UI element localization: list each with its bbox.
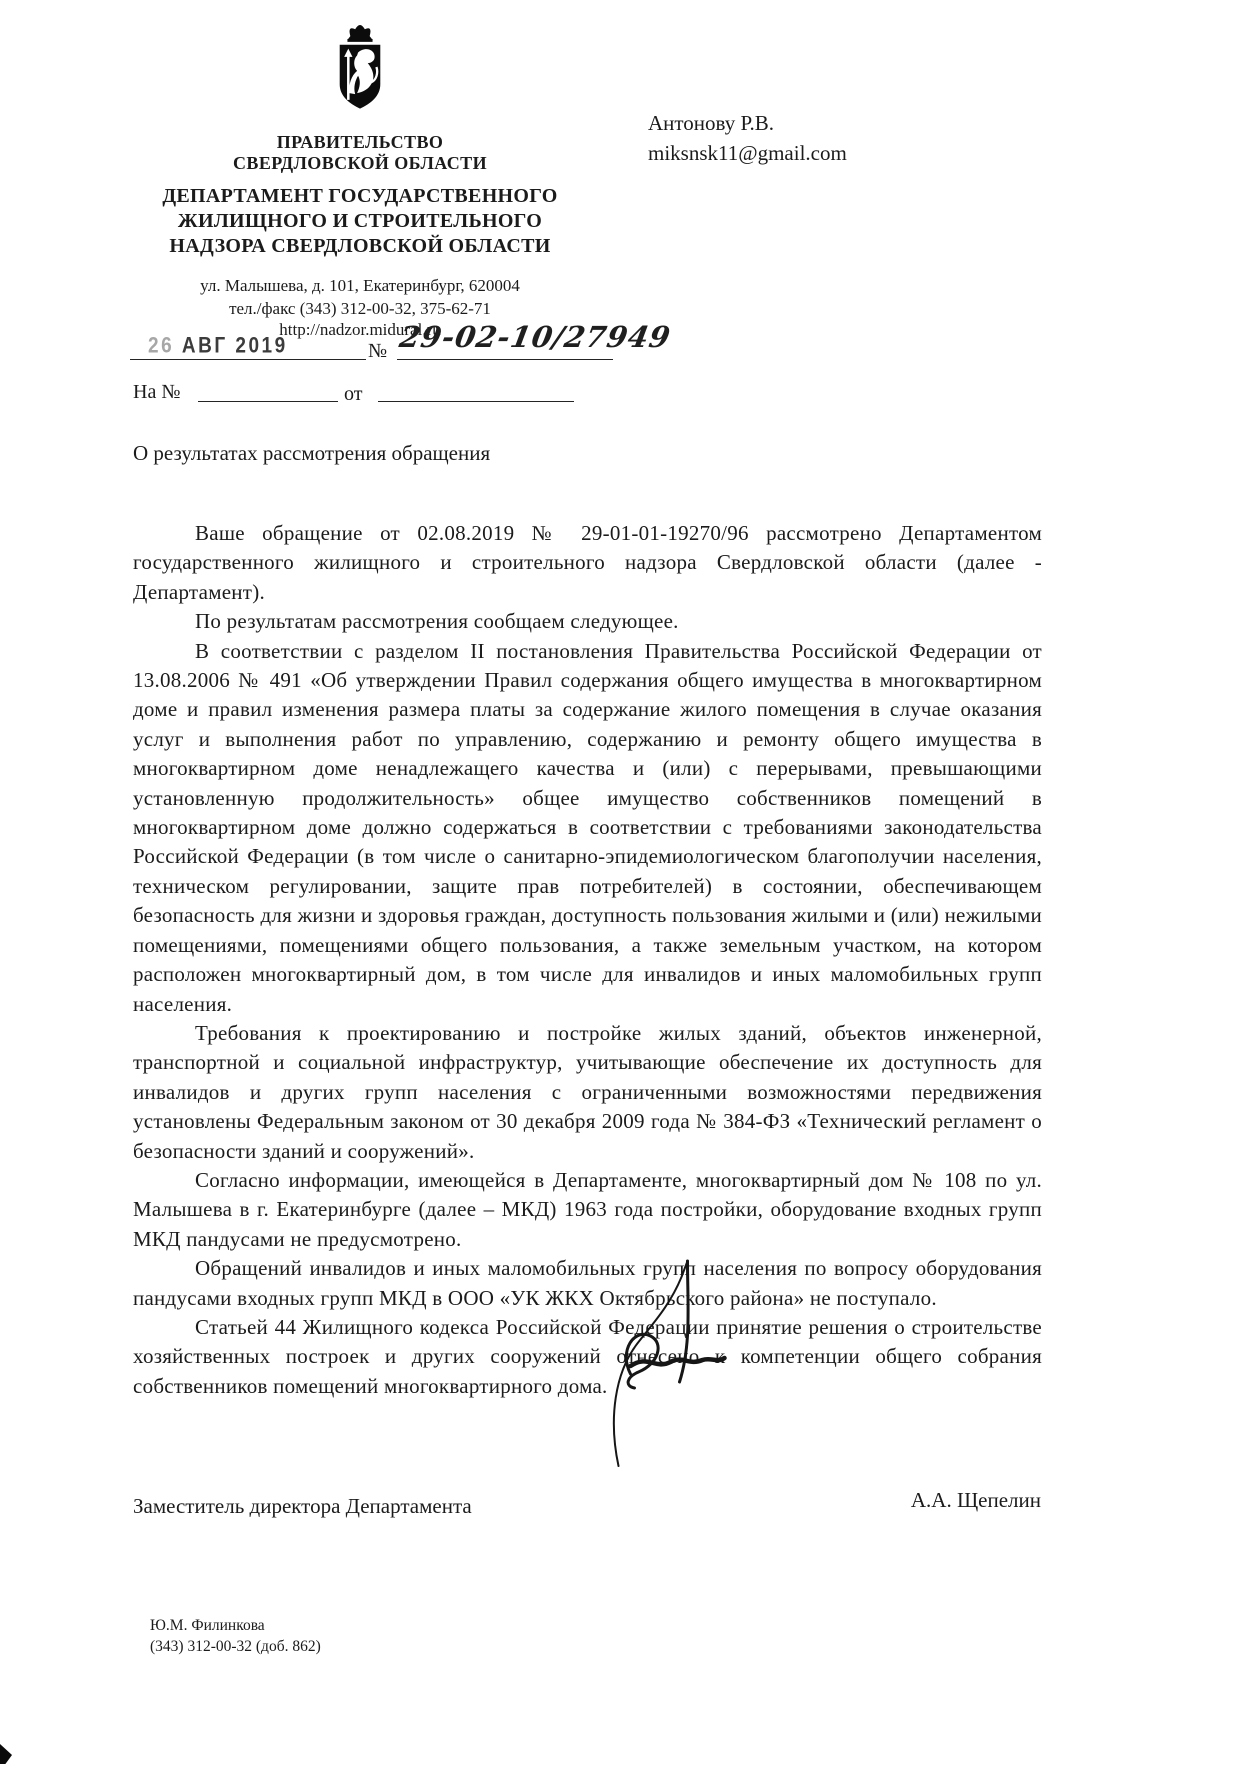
signatory-name: А.А. Щепелин: [641, 1488, 1041, 1513]
reply-number-label: На №: [133, 381, 180, 404]
body-paragraph: Согласно информации, имеющейся в Департа…: [133, 1166, 1042, 1254]
body-paragraph: В соответствии с разделом II постановлен…: [133, 637, 1042, 1019]
reply-from-label: от: [344, 383, 362, 406]
signatory-position: Заместитель директора Департамента: [133, 1494, 472, 1519]
department-name: ДЕПАРТАМЕНТ ГОСУДАРСТВЕННОГО ЖИЛИЩНОГО И…: [110, 184, 610, 259]
department-name-line2: ЖИЛИЩНОГО И СТРОИТЕЛЬНОГО: [110, 209, 610, 234]
signature-icon: [588, 1256, 753, 1468]
body-paragraph: Требования к проектированию и постройке …: [133, 1019, 1042, 1166]
registration-date-day: 26: [148, 334, 174, 358]
department-name-line1: ДЕПАРТАМЕНТ ГОСУДАРСТВЕННОГО: [110, 184, 610, 209]
department-name-line3: НАДЗОРА СВЕРДЛОВСКОЙ ОБЛАСТИ: [110, 234, 610, 259]
outgoing-number-handwritten: 29-02-10/27949: [397, 320, 674, 354]
blank-line-reply-number: [198, 381, 338, 402]
coat-of-arms-icon: [331, 20, 389, 114]
registration-date-rest: АВГ 2019: [174, 334, 288, 358]
document-page: ПРАВИТЕЛЬСТВО СВЕРДЛОВСКОЙ ОБЛАСТИ ДЕПАР…: [0, 0, 1241, 1787]
addressee-name: Антонову Р.В.: [648, 108, 847, 138]
addressee-block: Антонову Р.В. miksnsk11@gmail.com: [648, 108, 847, 168]
org-contacts: ул. Малышева, д. 101, Екатеринбург, 6200…: [110, 274, 610, 320]
executor-block: Ю.М. Филинкова (343) 312-00-32 (доб. 862…: [150, 1615, 321, 1657]
org-phone: тел./факс (343) 312-00-32, 375-62-71: [110, 297, 610, 320]
government-name-line1: ПРАВИТЕЛЬСТВО: [110, 132, 610, 153]
government-name-line2: СВЕРДЛОВСКОЙ ОБЛАСТИ: [110, 153, 610, 174]
blank-line-reply-date: [378, 381, 574, 402]
outgoing-number-label: №: [368, 340, 387, 363]
executor-phone: (343) 312-00-32 (доб. 862): [150, 1636, 321, 1657]
subject-line: О результатах рассмотрения обращения: [133, 441, 490, 466]
body-paragraph: По результатам рассмотрения сообщаем сле…: [133, 607, 1042, 636]
government-name: ПРАВИТЕЛЬСТВО СВЕРДЛОВСКОЙ ОБЛАСТИ: [110, 132, 610, 174]
org-address: ул. Малышева, д. 101, Екатеринбург, 6200…: [110, 274, 610, 297]
executor-name: Ю.М. Филинкова: [150, 1615, 321, 1636]
body-paragraph: Ваше обращение от 02.08.2019 № 29-01-01-…: [133, 519, 1042, 607]
addressee-email: miksnsk11@gmail.com: [648, 138, 847, 168]
scan-artifact: [0, 1744, 12, 1764]
registration-date-stamp: 26 АВГ 2019: [148, 334, 288, 359]
